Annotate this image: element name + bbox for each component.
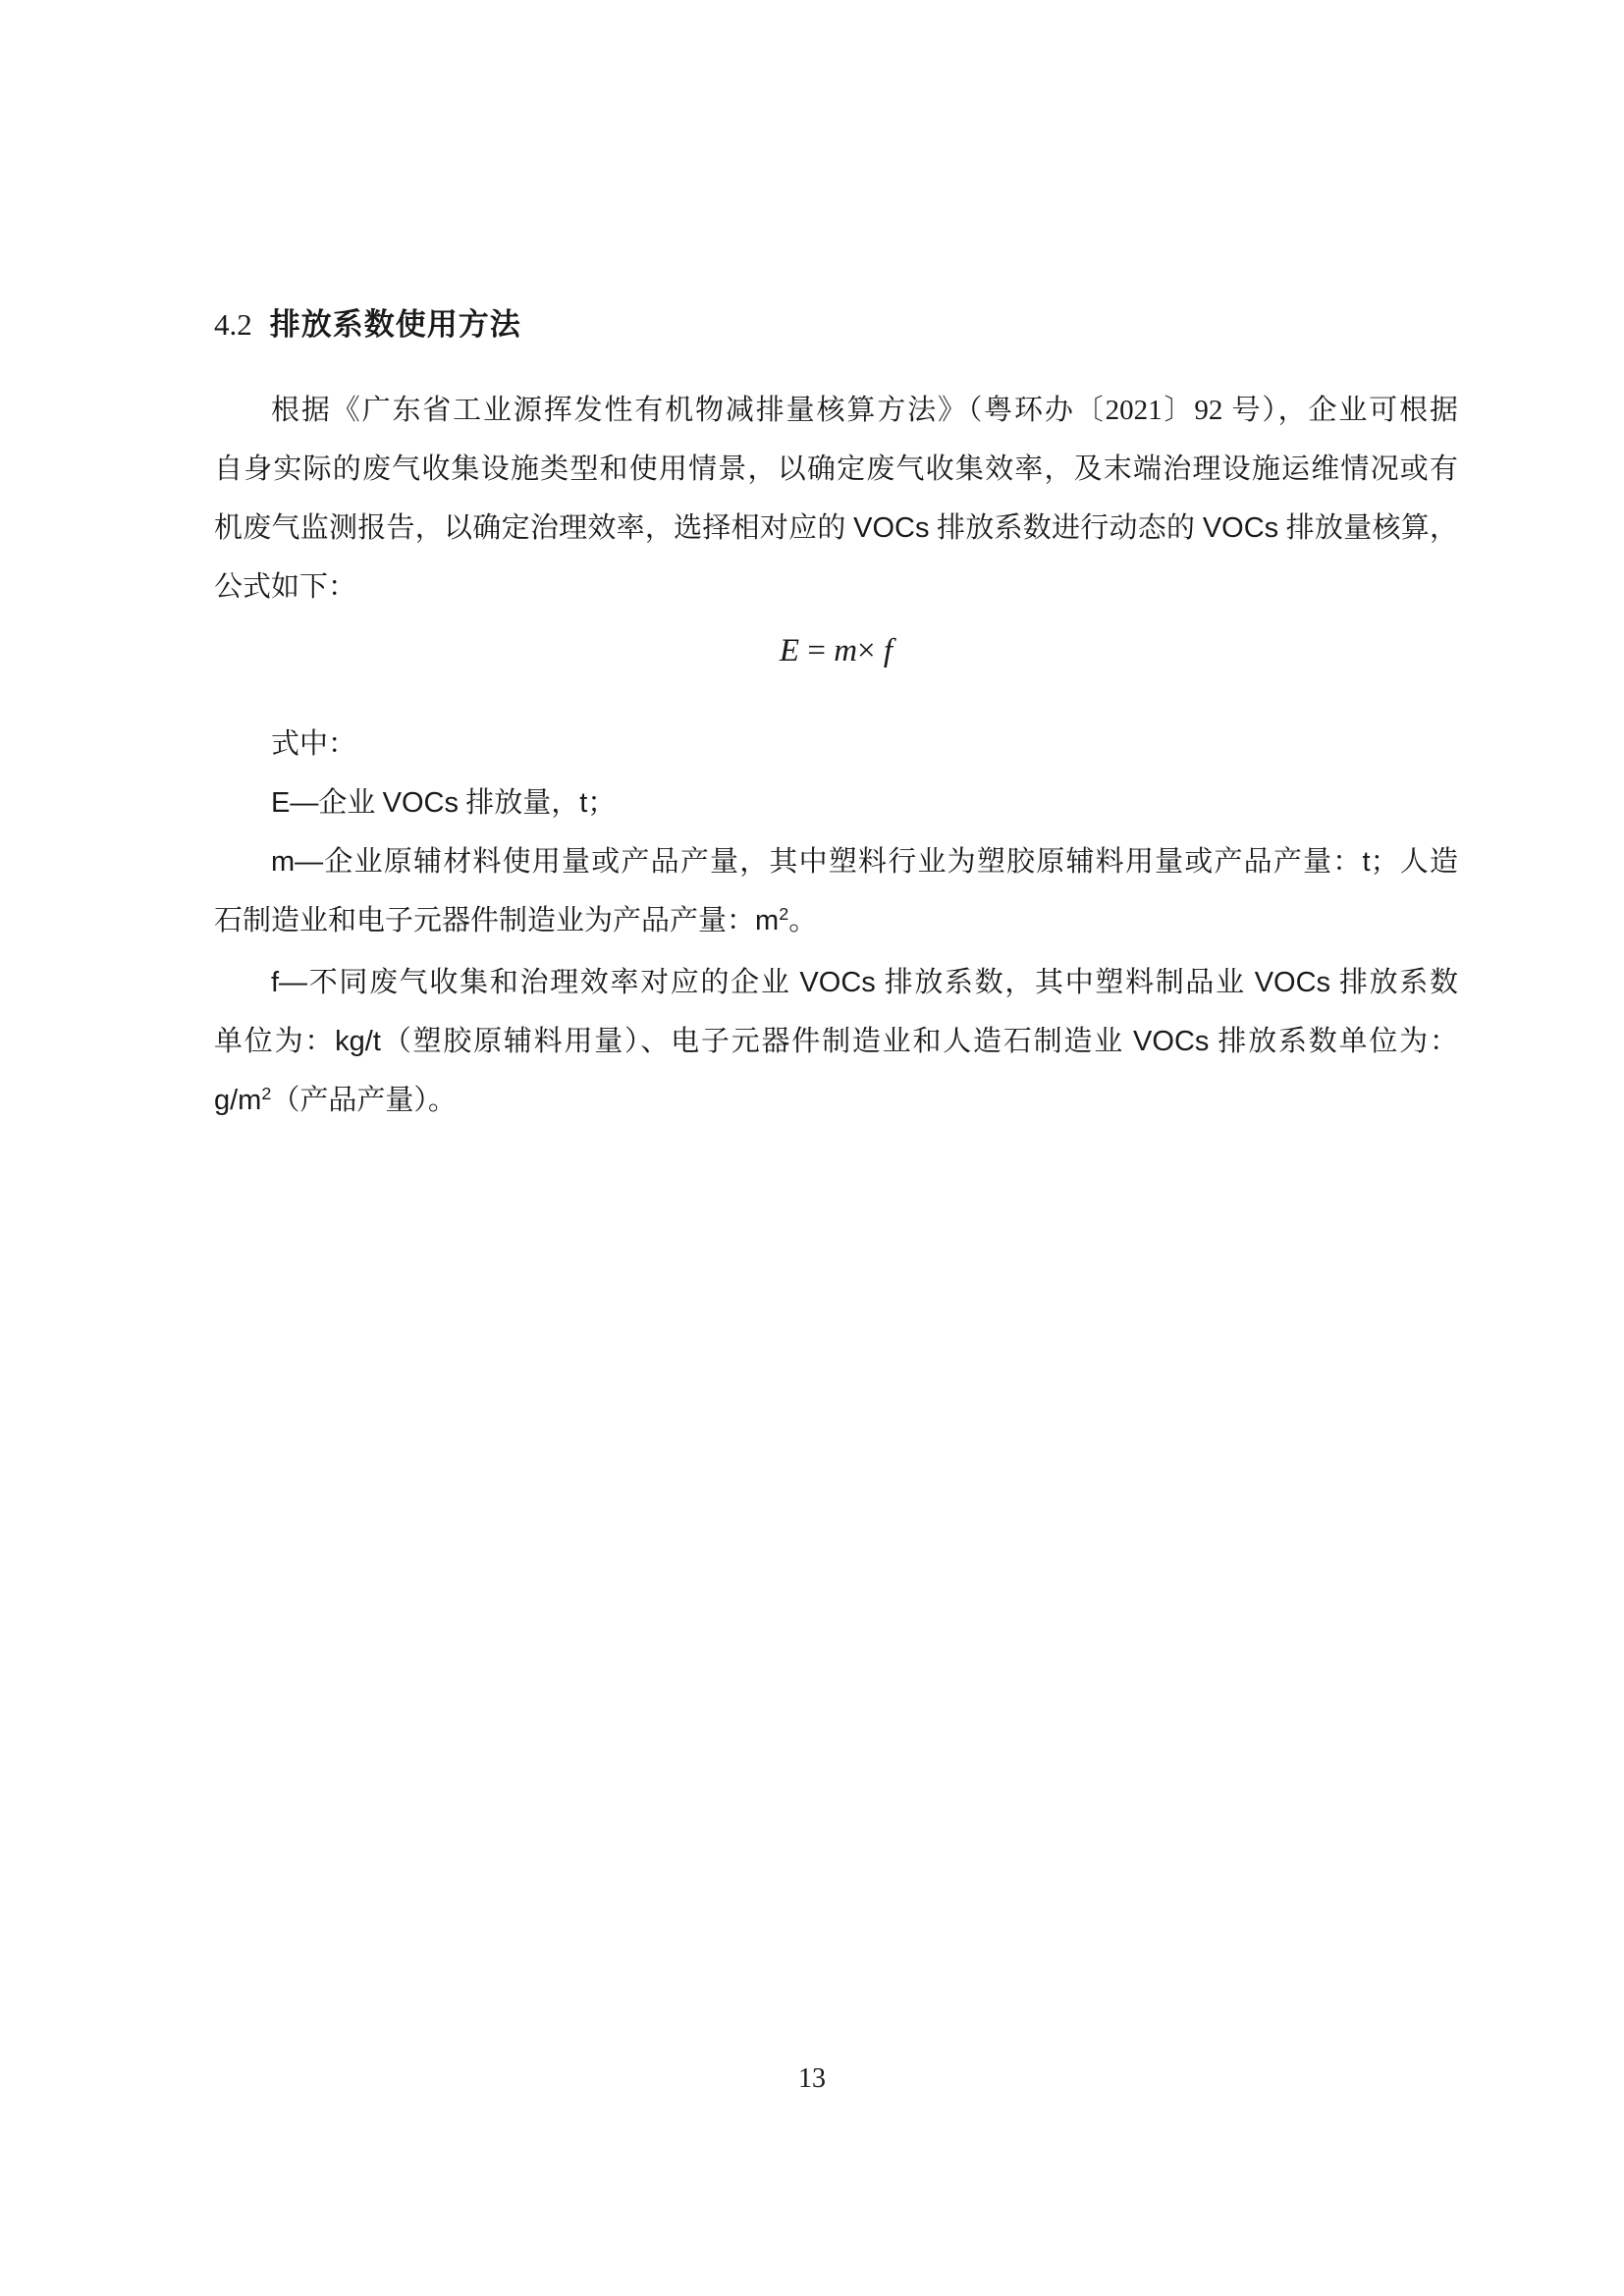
text-segment: t (1363, 846, 1371, 878)
definition-line: 石制造业和电子元器件制造业为产品产量：m2。 (214, 891, 1458, 953)
definition-line: 单位为：kg/t（塑胶原辅料用量）、电子元器件制造业和人造石制造业 VOCs 排… (214, 1012, 1458, 1071)
text-segment: E (271, 787, 290, 819)
definitions: 式中： E—企业 VOCs 排放量，t； m—企业原辅材料使用量或产品产量，其中… (214, 715, 1458, 1133)
paragraph-line: 公式如下： (214, 558, 1458, 616)
text-segment: 排放量核算， (1278, 512, 1458, 544)
formula: E = m× f (214, 621, 1458, 680)
paragraph-line: 根据《广东省工业源挥发性有机物减排量核算方法》（粤环办〔2021〕92 号），企… (214, 381, 1458, 440)
text-segment: ； (587, 787, 616, 819)
content-area: 4.2排放系数使用方法 根据《广东省工业源挥发性有机物减排量核算方法》（粤环办〔… (214, 0, 1458, 1133)
text-segment: f— (271, 967, 307, 998)
text-segment: 排放量， (459, 787, 579, 819)
text-segment: m (755, 905, 779, 936)
heading-number: 4.2 (214, 307, 252, 342)
text-segment: 2 (261, 1084, 271, 1103)
text-segment: VOCs (1133, 1026, 1209, 1057)
text-segment: 式中： (271, 728, 356, 760)
text-segment: 2 (779, 904, 788, 924)
text-segment: 排放系数进行动态的 (930, 512, 1203, 544)
text-segment: × (857, 633, 884, 668)
definition-line: f—不同废气收集和治理效率对应的企业 VOCs 排放系数，其中塑料制品业 VOC… (214, 953, 1458, 1012)
text-segment: = (799, 633, 834, 668)
text-segment: 根据《广东省工业源挥发性有机物减排量核算方法》（粤环办〔2021〕92 号），企… (271, 395, 1458, 426)
heading-title: 排放系数使用方法 (270, 307, 521, 342)
page-footer: 13 (0, 2059, 1624, 2099)
text-segment: f (884, 633, 893, 668)
text-segment: 排放系数，其中塑料制品业 (876, 967, 1255, 998)
text-segment: ；人造 (1371, 846, 1458, 878)
body-paragraph: 根据《广东省工业源挥发性有机物减排量核算方法》（粤环办〔2021〕92 号），企… (214, 381, 1458, 616)
text-segment: m (834, 633, 857, 668)
text-segment: E (780, 633, 799, 668)
paragraph-line: 机废气监测报告，以确定治理效率，选择相对应的 VOCs 排放系数进行动态的 VO… (214, 499, 1458, 558)
text-segment: g/m (214, 1085, 261, 1116)
definition-line: m—企业原辅材料使用量或产品产量，其中塑料行业为塑胶原辅料用量或产品产量：t；人… (214, 832, 1458, 891)
text-segment: VOCs (799, 967, 875, 998)
text-segment: （产品产量）。 (271, 1085, 457, 1116)
text-segment: 不同废气收集和治理效率对应的企业 (307, 967, 799, 998)
text-segment: （塑胶原辅料用量）、电子元器件制造业和人造石制造业 (381, 1026, 1133, 1057)
text-segment: 企业 (318, 787, 382, 819)
text-segment: 排放系数 (1330, 967, 1458, 998)
text-segment: 企业原辅材料使用量或产品产量，其中塑料行业为塑胶原辅料用量或产品产量： (323, 846, 1362, 878)
page-number: 13 (798, 2063, 826, 2094)
text-segment: 机废气监测报告，以确定治理效率，选择相对应的 (214, 512, 853, 544)
section-heading: 4.2排放系数使用方法 (214, 302, 1458, 347)
text-segment: VOCs (383, 787, 459, 819)
document-page: 4.2排放系数使用方法 根据《广东省工业源挥发性有机物减排量核算方法》（粤环办〔… (0, 0, 1624, 2296)
definition-line: 式中： (214, 715, 1458, 774)
text-segment: kg/t (335, 1026, 381, 1057)
text-segment: VOCs (853, 512, 929, 544)
text-segment: 公式如下： (214, 571, 356, 603)
text-segment: 石制造业和电子元器件制造业为产品产量： (214, 905, 755, 936)
text-segment: 排放系数单位为： (1209, 1026, 1458, 1057)
definition-line: g/m2（产品产量）。 (214, 1071, 1458, 1133)
text-segment: 。 (788, 905, 817, 936)
text-segment: 自身实际的废气收集设施类型和使用情景，以确定废气收集效率，及末端治理设施运维情况… (214, 454, 1458, 485)
text-segment: VOCs (1255, 967, 1330, 998)
definition-line: E—企业 VOCs 排放量，t； (214, 774, 1458, 832)
text-segment: m— (271, 846, 323, 878)
text-segment: VOCs (1203, 512, 1278, 544)
text-segment: — (290, 787, 318, 819)
text-segment: 单位为： (214, 1026, 335, 1057)
paragraph-line: 自身实际的废气收集设施类型和使用情景，以确定废气收集效率，及末端治理设施运维情况… (214, 440, 1458, 499)
